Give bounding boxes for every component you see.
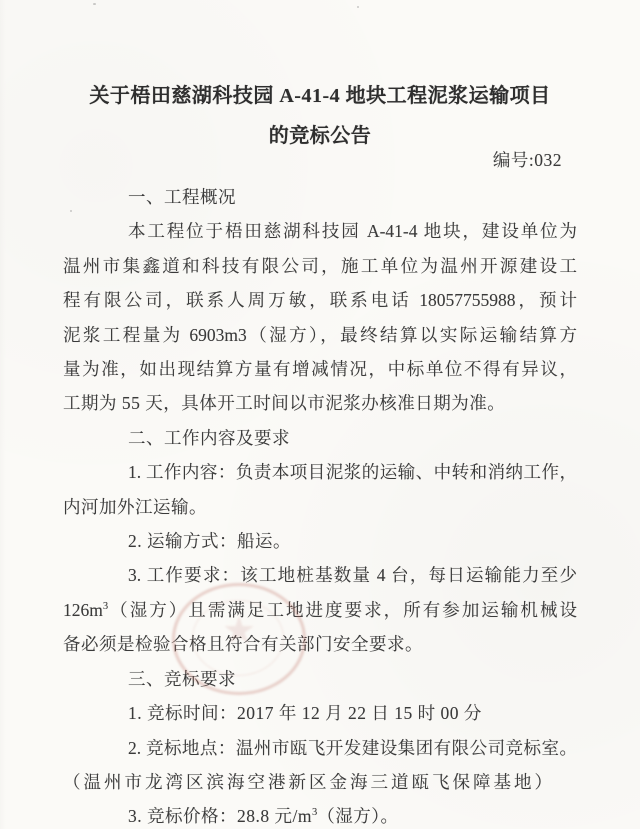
section-heading-2: 二、工作内容及要求 — [63, 421, 577, 455]
doc-line: 温州市集鑫道和科技有限公司，施工单位为温州开源建设工 — [63, 249, 577, 283]
section-heading-3: 三、竞标要求 — [63, 662, 577, 696]
doc-line: 126m3（湿方）且需满足工地进度要求，所有参加运输机械设 — [63, 593, 577, 627]
doc-line: 1. 竞标时间：2017 年 12 月 22 日 15 时 00 分 — [63, 696, 577, 730]
doc-line-text: （湿方）。 — [317, 806, 398, 826]
scan-speck — [70, 210, 72, 212]
doc-line: 2. 运输方式：船运。 — [63, 524, 577, 558]
document-body: 一、工程概况 本工程位于梧田慈湖科技园 A-41-4 地块，建设单位为 温州市集… — [63, 180, 577, 829]
doc-line: （温州市龙湾区滨海空港新区金海三道瓯飞保障基地） — [63, 765, 577, 799]
doc-line-text: 3. 竞标价格：28.8 元/m — [128, 806, 312, 826]
doc-line: 程有限公司，联系人周万敏，联系电话 18057755988，预计 — [63, 283, 577, 317]
document-title-line1: 关于梧田慈湖科技园 A-41-4 地块工程泥浆运输项目 — [0, 76, 640, 116]
document-title: 关于梧田慈湖科技园 A-41-4 地块工程泥浆运输项目 的竞标公告 — [0, 76, 640, 156]
doc-line: 工期为 55 天，具体开工时间以市泥浆办核准日期为准。 — [63, 386, 577, 420]
doc-line: 3. 竞标价格：28.8 元/m3（湿方）。 — [63, 799, 577, 829]
doc-line: 本工程位于梧田慈湖科技园 A-41-4 地块，建设单位为 — [63, 214, 577, 248]
scanned-document-page: 关于梧田慈湖科技园 A-41-4 地块工程泥浆运输项目 的竞标公告 编号:032… — [0, 0, 640, 829]
doc-line-text: （湿方）且需满足工地进度要求，所有参加运输机械设 — [108, 600, 577, 620]
doc-line: 备必须是检验合格且符合有关部门安全要求。 — [63, 627, 577, 661]
doc-line-text: 126m — [63, 600, 103, 620]
scan-speck — [357, 6, 359, 8]
doc-line: 1. 工作内容：负责本项目泥浆的运输、中转和消纳工作， — [63, 455, 577, 489]
doc-line: 3. 工作要求：该工地桩基数量 4 台，每日运输能力至少 — [63, 558, 577, 592]
document-number: 编号:032 — [0, 146, 562, 174]
doc-line: 量为准，如出现结算方量有增减情况，中标单位不得有异议， — [63, 352, 577, 386]
doc-line: 内河加外江运输。 — [63, 490, 577, 524]
section-heading-1: 一、工程概况 — [63, 180, 577, 214]
doc-line: 2. 竞标地点：温州市瓯飞开发建设集团有限公司竞标室。 — [63, 731, 577, 765]
doc-line: 泥浆工程量为 6903m3（湿方），最终结算以实际运输结算方 — [63, 318, 577, 352]
scan-speck — [93, 3, 96, 5]
